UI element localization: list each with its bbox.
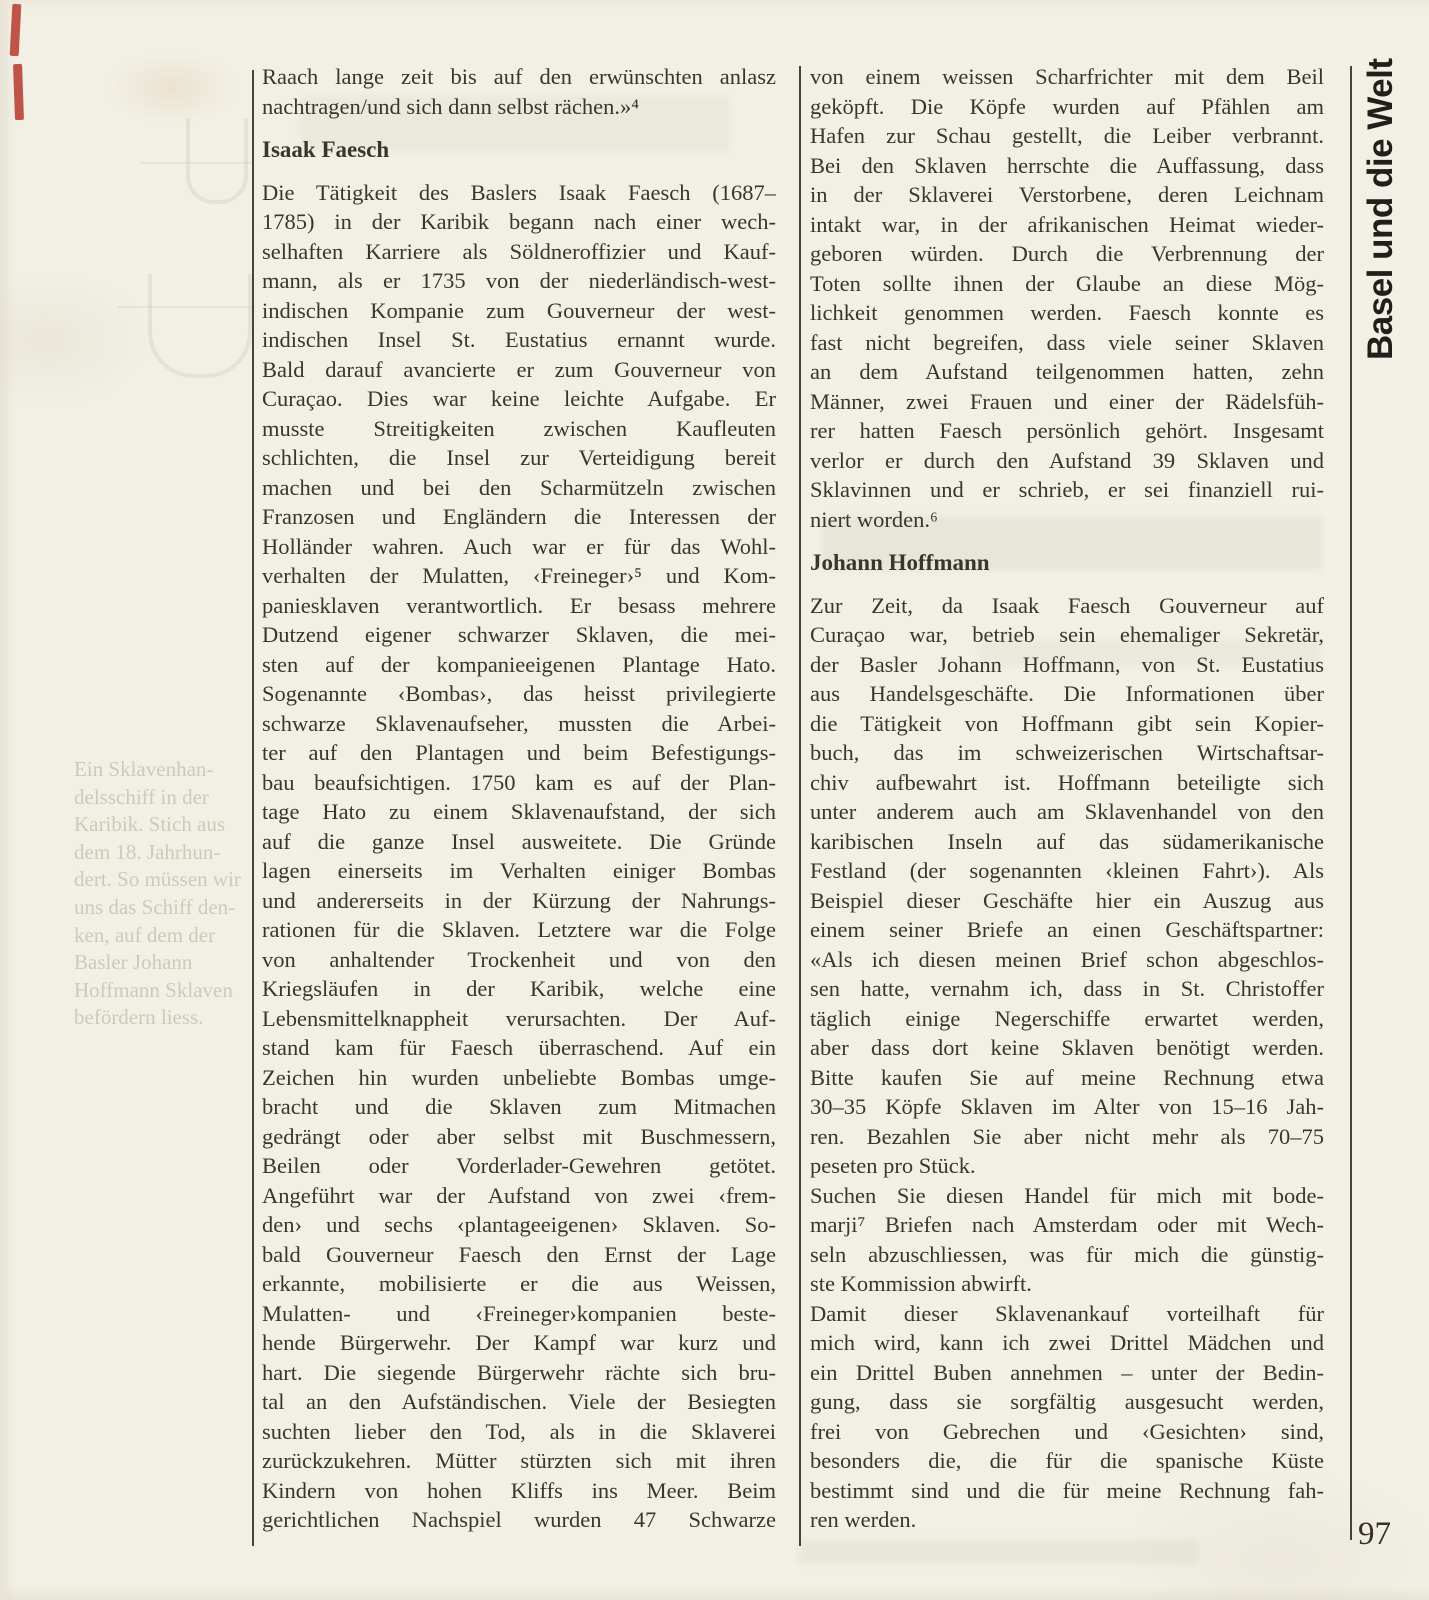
text-line: besonders die, die für die spanische Küs…	[810, 1446, 1324, 1476]
section-heading: Johann Hoffmann	[810, 548, 1324, 578]
text-line: die Tätigkeit von Hoffmann gibt sein Kop…	[810, 709, 1324, 739]
margin-caption-line: delsschiff in der	[74, 784, 259, 812]
text-line: nachtragen/und sich dann selbst rächen.»…	[262, 92, 776, 122]
text-line: Sklavinnen und er schrieb, er sei finanz…	[810, 475, 1324, 505]
margin-caption-line: dem 18. Jahrhun-	[74, 839, 259, 867]
text-line: selhaften Karriere als Söldneroffizier u…	[262, 237, 776, 267]
bleedthrough-line	[118, 306, 252, 308]
text-line: Männer, zwei Frauen und einer der Rädels…	[810, 387, 1324, 417]
text-line: tal an den Aufständischen. Viele der Bes…	[262, 1387, 776, 1417]
text-line: aber dass dort keine Sklaven benötigt we…	[810, 1033, 1324, 1063]
text-line: niert worden.⁶	[810, 505, 1324, 535]
text-line: der Basler Johann Hoffmann, von St. Eust…	[810, 650, 1324, 680]
text-line: 1785) in der Karibik begann nach einer w…	[262, 207, 776, 237]
red-pen-mark	[13, 64, 24, 120]
text-line: Kriegsläufen in der Karibik, welche eine	[262, 974, 776, 1004]
text-line: schlichten, die Insel zur Verteidigung b…	[262, 443, 776, 473]
scanned-book-page: Ein Sklavenhan-delsschiff in derKaribik.…	[0, 0, 1429, 1600]
paragraph: Zur Zeit, da Isaak Faesch Gouverneur auf…	[810, 591, 1324, 1535]
margin-caption-line: uns das Schiff den-	[74, 894, 259, 922]
text-line: mich wird, kann ich zwei Drittel Mädchen…	[810, 1328, 1324, 1358]
section-heading: Isaak Faesch	[262, 135, 776, 165]
text-line: gedrängt oder aber selbst mit Buschmesse…	[262, 1122, 776, 1152]
text-line: Suchen Sie diesen Handel für mich mit bo…	[810, 1181, 1324, 1211]
text-line: indischen Kompanie zum Gouverneur der we…	[262, 296, 776, 326]
text-line: karibischen Inseln auf das südamerikanis…	[810, 827, 1324, 857]
text-line: bald Gouverneur Faesch den Ernst der Lag…	[262, 1240, 776, 1270]
text-line: mann, als er 1735 von der niederländisch…	[262, 266, 776, 296]
text-line: intakt war, in der afrikanischen Heimat …	[810, 210, 1324, 240]
text-line: rationen für die Sklaven. Letztere war d…	[262, 915, 776, 945]
text-line: peseten pro Stück.	[810, 1151, 1324, 1181]
text-line: 30–35 Köpfe Sklaven im Alter von 15–16 J…	[810, 1092, 1324, 1122]
text-line: gerichtlichen Nachspiel wurden 47 Schwar…	[262, 1505, 776, 1535]
text-line: marji⁷ Briefen nach Amsterdam oder mit W…	[810, 1210, 1324, 1240]
text-line: Dutzend eigener schwarzer Sklaven, die m…	[262, 620, 776, 650]
text-line: chiv aufbewahrt ist. Hoffmann beteiligte…	[810, 768, 1324, 798]
text-line: Beispiel dieser Geschäfte hier ein Auszu…	[810, 886, 1324, 916]
text-line: stand kam für Faesch überraschend. Auf e…	[262, 1033, 776, 1063]
text-line: Zeichen hin wurden unbeliebte Bombas umg…	[262, 1063, 776, 1093]
margin-caption-line: Basler Johann	[74, 949, 259, 977]
text-line: lichkeit genommen werden. Faesch konnte …	[810, 298, 1324, 328]
text-line: Mulatten- und ‹Freineger›kompanien beste…	[262, 1299, 776, 1329]
text-line: den› und sechs ‹plantageeigenen› Sklaven…	[262, 1210, 776, 1240]
text-line: Curaçao. Dies war keine leichte Aufgabe.…	[262, 384, 776, 414]
text-line: Bitte kaufen Sie auf meine Rechnung etwa	[810, 1063, 1324, 1093]
text-line: ren. Bezahlen Sie aber nicht mehr als 70…	[810, 1122, 1324, 1152]
text-line: an dem Aufstand teilgenommen hatten, zeh…	[810, 357, 1324, 387]
column-rule-right	[1350, 66, 1352, 1540]
column-rule-left	[252, 70, 254, 1546]
text-line: einem seiner Briefe an einen Geschäftspa…	[810, 915, 1324, 945]
margin-caption-line: ken, auf dem der	[74, 922, 259, 950]
text-line: erkannte, mobilisierte er die aus Weisse…	[262, 1269, 776, 1299]
text-column-left: Raach lange zeit bis auf den erwünschten…	[262, 62, 776, 1535]
text-line: musste Streitigkeiten zwischen Kaufleute…	[262, 414, 776, 444]
text-line: Franzosen und Engländern die Interessen …	[262, 502, 776, 532]
bleedthrough-line	[140, 162, 252, 164]
text-line: täglich einige Negerschiffe erwartet wer…	[810, 1004, 1324, 1034]
text-line: ste Kommission abwirft.	[810, 1269, 1324, 1299]
text-line: paniesklaven verantwortlich. Er besass m…	[262, 591, 776, 621]
text-line: aus Handelsgeschäfte. Die Informationen …	[810, 679, 1324, 709]
text-line: tage Hato zu einem Sklavenaufstand, der …	[262, 797, 776, 827]
text-line: ein Drittel Buben annehmen – unter der B…	[810, 1358, 1324, 1388]
text-line: frei von Gebrechen und ‹Gesichten› sind,	[810, 1417, 1324, 1447]
text-line: Toten sollte ihnen der Glaube an diese M…	[810, 269, 1324, 299]
text-line: bau beaufsichtigen. 1750 kam es auf der …	[262, 768, 776, 798]
text-line: «Als ich diesen meinen Brief schon abges…	[810, 945, 1324, 975]
text-line: hart. Die siegende Bürgerwehr rächte sic…	[262, 1358, 776, 1388]
bleedthrough-text-smudge	[798, 1540, 1198, 1564]
text-line: von anhaltender Trockenheit und von den	[262, 945, 776, 975]
text-line: lagen einerseits im Verhalten einiger Bo…	[262, 856, 776, 886]
margin-caption-line: dert. So müssen wir	[74, 866, 259, 894]
text-line: Bald darauf avancierte er zum Gouverneur…	[262, 355, 776, 385]
text-line: hende Bürgerwehr. Der Kampf war kurz und	[262, 1328, 776, 1358]
text-line: schwarze Sklavenaufseher, mussten die Ar…	[262, 709, 776, 739]
text-line: indischen Insel St. Eustatius ernannt wu…	[262, 325, 776, 355]
margin-caption-line: Karibik. Stich aus	[74, 811, 259, 839]
text-line: Damit dieser Sklavenankauf vorteilhaft f…	[810, 1299, 1324, 1329]
column-rule-middle	[799, 66, 801, 1546]
bleedthrough-shape	[186, 118, 248, 204]
text-line: gung, dass sie sorgfältig ausgesucht wer…	[810, 1387, 1324, 1417]
text-line: Festland (der sogenannten ‹kleinen Fahrt…	[810, 856, 1324, 886]
text-line: Bei den Sklaven herrschte die Auffassung…	[810, 151, 1324, 181]
text-line: geköpft. Die Köpfe wurden auf Pfählen am	[810, 92, 1324, 122]
text-line: geboren würden. Durch die Verbrennung de…	[810, 239, 1324, 269]
margin-caption-line: Ein Sklavenhan-	[74, 756, 259, 784]
paragraph: Raach lange zeit bis auf den erwünschten…	[262, 62, 776, 121]
text-line: rer hatten Faesch persönlich gehört. Ins…	[810, 416, 1324, 446]
text-line: in der Sklaverei Verstorbene, deren Leic…	[810, 180, 1324, 210]
text-line: buch, das im schweizerischen Wirtschafts…	[810, 738, 1324, 768]
text-line: Zur Zeit, da Isaak Faesch Gouverneur auf	[810, 591, 1324, 621]
bleedthrough-shape	[148, 274, 252, 378]
margin-caption: Ein Sklavenhan-delsschiff in derKaribik.…	[74, 756, 259, 1032]
text-line: sten auf der kompanieeigenen Plantage Ha…	[262, 650, 776, 680]
paragraph: von einem weissen Scharfrichter mit dem …	[810, 62, 1324, 534]
text-line: Curaçao war, betrieb sein ehemaliger Sek…	[810, 620, 1324, 650]
text-line: sen hatte, vernahm ich, dass in St. Chri…	[810, 974, 1324, 1004]
margin-caption-line: befördern liess.	[74, 1004, 259, 1032]
text-line: fast nicht begreifen, dass viele seiner …	[810, 328, 1324, 358]
text-line: bestimmt sind und die für meine Rechnung…	[810, 1476, 1324, 1506]
text-line: bracht und die Sklaven zum Mitmachen	[262, 1092, 776, 1122]
text-line: auf die ganze Insel ausweitete. Die Grün…	[262, 827, 776, 857]
text-line: Sogenannte ‹Bombas›, das heisst privileg…	[262, 679, 776, 709]
page-bleedthrough-art	[0, 0, 260, 420]
text-line: Lebensmittelknappheit verursachten. Der …	[262, 1004, 776, 1034]
text-line: zurückzukehren. Mütter stürzten sich mit…	[262, 1446, 776, 1476]
text-line: Angeführt war der Aufstand von zwei ‹fre…	[262, 1181, 776, 1211]
text-line: ter auf den Plantagen und beim Befestigu…	[262, 738, 776, 768]
text-line: machen und bei den Scharmützeln zwischen	[262, 473, 776, 503]
text-line: Beilen oder Vorderlader-Gewehren getötet…	[262, 1151, 776, 1181]
text-line: Raach lange zeit bis auf den erwünschten…	[262, 62, 776, 92]
margin-caption-line: Hoffmann Sklaven	[74, 977, 259, 1005]
text-line: Hafen zur Schau gestellt, die Leiber ver…	[810, 121, 1324, 151]
text-line: verhalten der Mulatten, ‹Freineger›⁵ und…	[262, 561, 776, 591]
text-line: von einem weissen Scharfrichter mit dem …	[810, 62, 1324, 92]
text-line: suchten lieber den Tod, als in die Sklav…	[262, 1417, 776, 1447]
text-line: unter anderem auch am Sklavenhandel von …	[810, 797, 1324, 827]
text-line: und andererseits in der Kürzung der Nahr…	[262, 886, 776, 916]
text-line: Kindern von hohen Kliffs ins Meer. Beim	[262, 1476, 776, 1506]
text-line: Die Tätigkeit des Baslers Isaak Faesch (…	[262, 178, 776, 208]
text-line: seln abzuschliessen, was für mich die gü…	[810, 1240, 1324, 1270]
chapter-title-vertical: Basel und die Welt	[1361, 58, 1401, 360]
text-line: ren werden.	[810, 1505, 1324, 1535]
text-column-right: von einem weissen Scharfrichter mit dem …	[810, 62, 1324, 1535]
text-line: Holländer wahren. Auch war er für das Wo…	[262, 532, 776, 562]
paragraph: Die Tätigkeit des Baslers Isaak Faesch (…	[262, 178, 776, 1535]
text-line: verlor er durch den Aufstand 39 Sklaven …	[810, 446, 1324, 476]
page-number: 97	[1358, 1516, 1391, 1553]
